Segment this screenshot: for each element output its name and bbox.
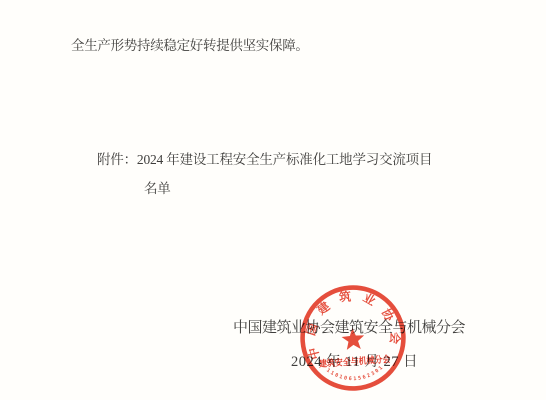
seal-ring-text: 中国建筑业协会 — [300, 286, 404, 361]
star-icon — [341, 327, 365, 350]
body-paragraph: 全生产形势持续稳定好转提供坚实保障。 — [71, 34, 309, 54]
official-seal: 中国建筑业协会 建筑安全与机械分会 1101061562301 — [294, 279, 411, 396]
document-page: 全生产形势持续稳定好转提供坚实保障。 附件：2024 年建设工程安全生产标准化工… — [0, 0, 546, 400]
attachment-block: 附件：2024 年建设工程安全生产标准化工地学习交流项目 名单 — [97, 145, 432, 203]
attachment-line1: 附件：2024 年建设工程安全生产标准化工地学习交流项目 — [97, 145, 432, 174]
attachment-line2: 名单 — [144, 174, 432, 203]
seal-ring-text-holder: 中国建筑业协会 — [300, 286, 404, 361]
